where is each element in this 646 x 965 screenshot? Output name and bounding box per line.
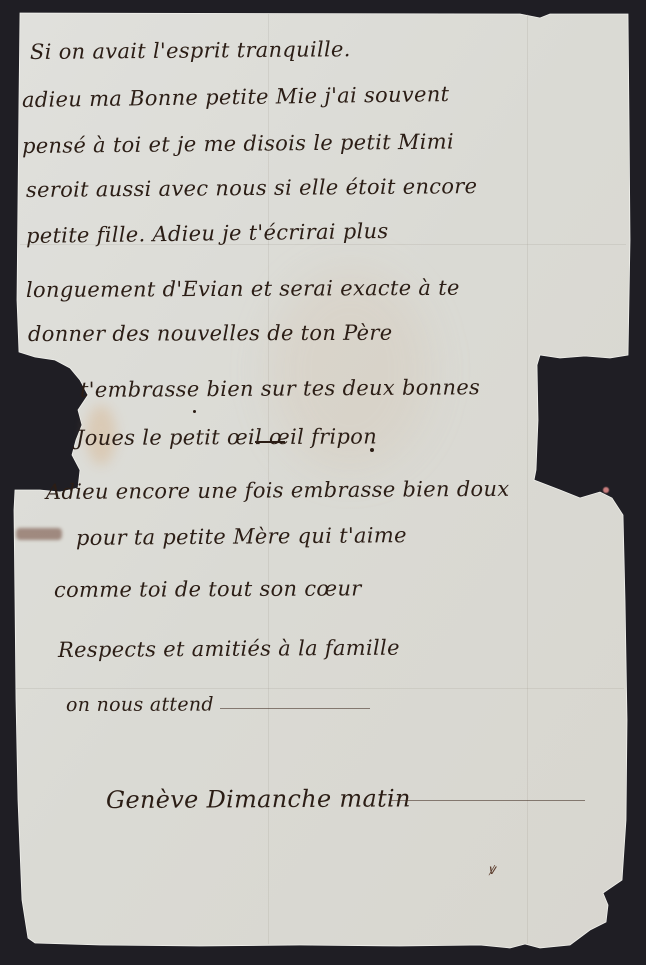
small-mark: ꝟ [488,860,495,879]
letter-line-14: on nous attend [66,693,214,716]
guide-line [390,800,585,801]
red-mark [603,487,609,493]
ink-blot [193,410,196,413]
letter-signature-line: Genève Dimanche matin [106,784,411,814]
letter-line-1: Si on avait l'esprit tranquille. [30,37,351,64]
letter-sheet: Si on avait l'esprit tranquille. adieu m… [0,0,646,965]
guide-line [220,708,370,709]
fold-horizontal-2 [16,688,624,689]
letter-line-3: pensé à toi et je me disois le petit Mim… [22,129,454,158]
letter-line-12: comme toi de tout son cœur [54,576,362,602]
letter-line-8: t'embrasse bien sur tes deux bonnes [80,375,480,402]
letter-line-11: pour ta petite Mère qui t'aime [76,523,407,550]
margin-smudge [16,528,62,540]
letter-line-4: seroit aussi avec nous si elle étoit enc… [26,174,477,202]
letter-line-13: Respects et amitiés à la famille [58,636,400,662]
ink-blot [370,448,374,452]
letter-line-7: donner des nouvelles de ton Père [28,321,392,346]
letter-line-6: longuement d'Evian et serai exacte à te [26,276,460,302]
letter-line-10: Adieu encore une fois embrasse bien doux [46,477,510,504]
fold-vertical-2 [527,14,528,944]
letter-line-9: Joues le petit œil œil fripon [76,424,377,450]
letter-line-5: petite fille. Adieu je t'écrirai plus [26,219,389,248]
strikethrough [255,441,285,443]
